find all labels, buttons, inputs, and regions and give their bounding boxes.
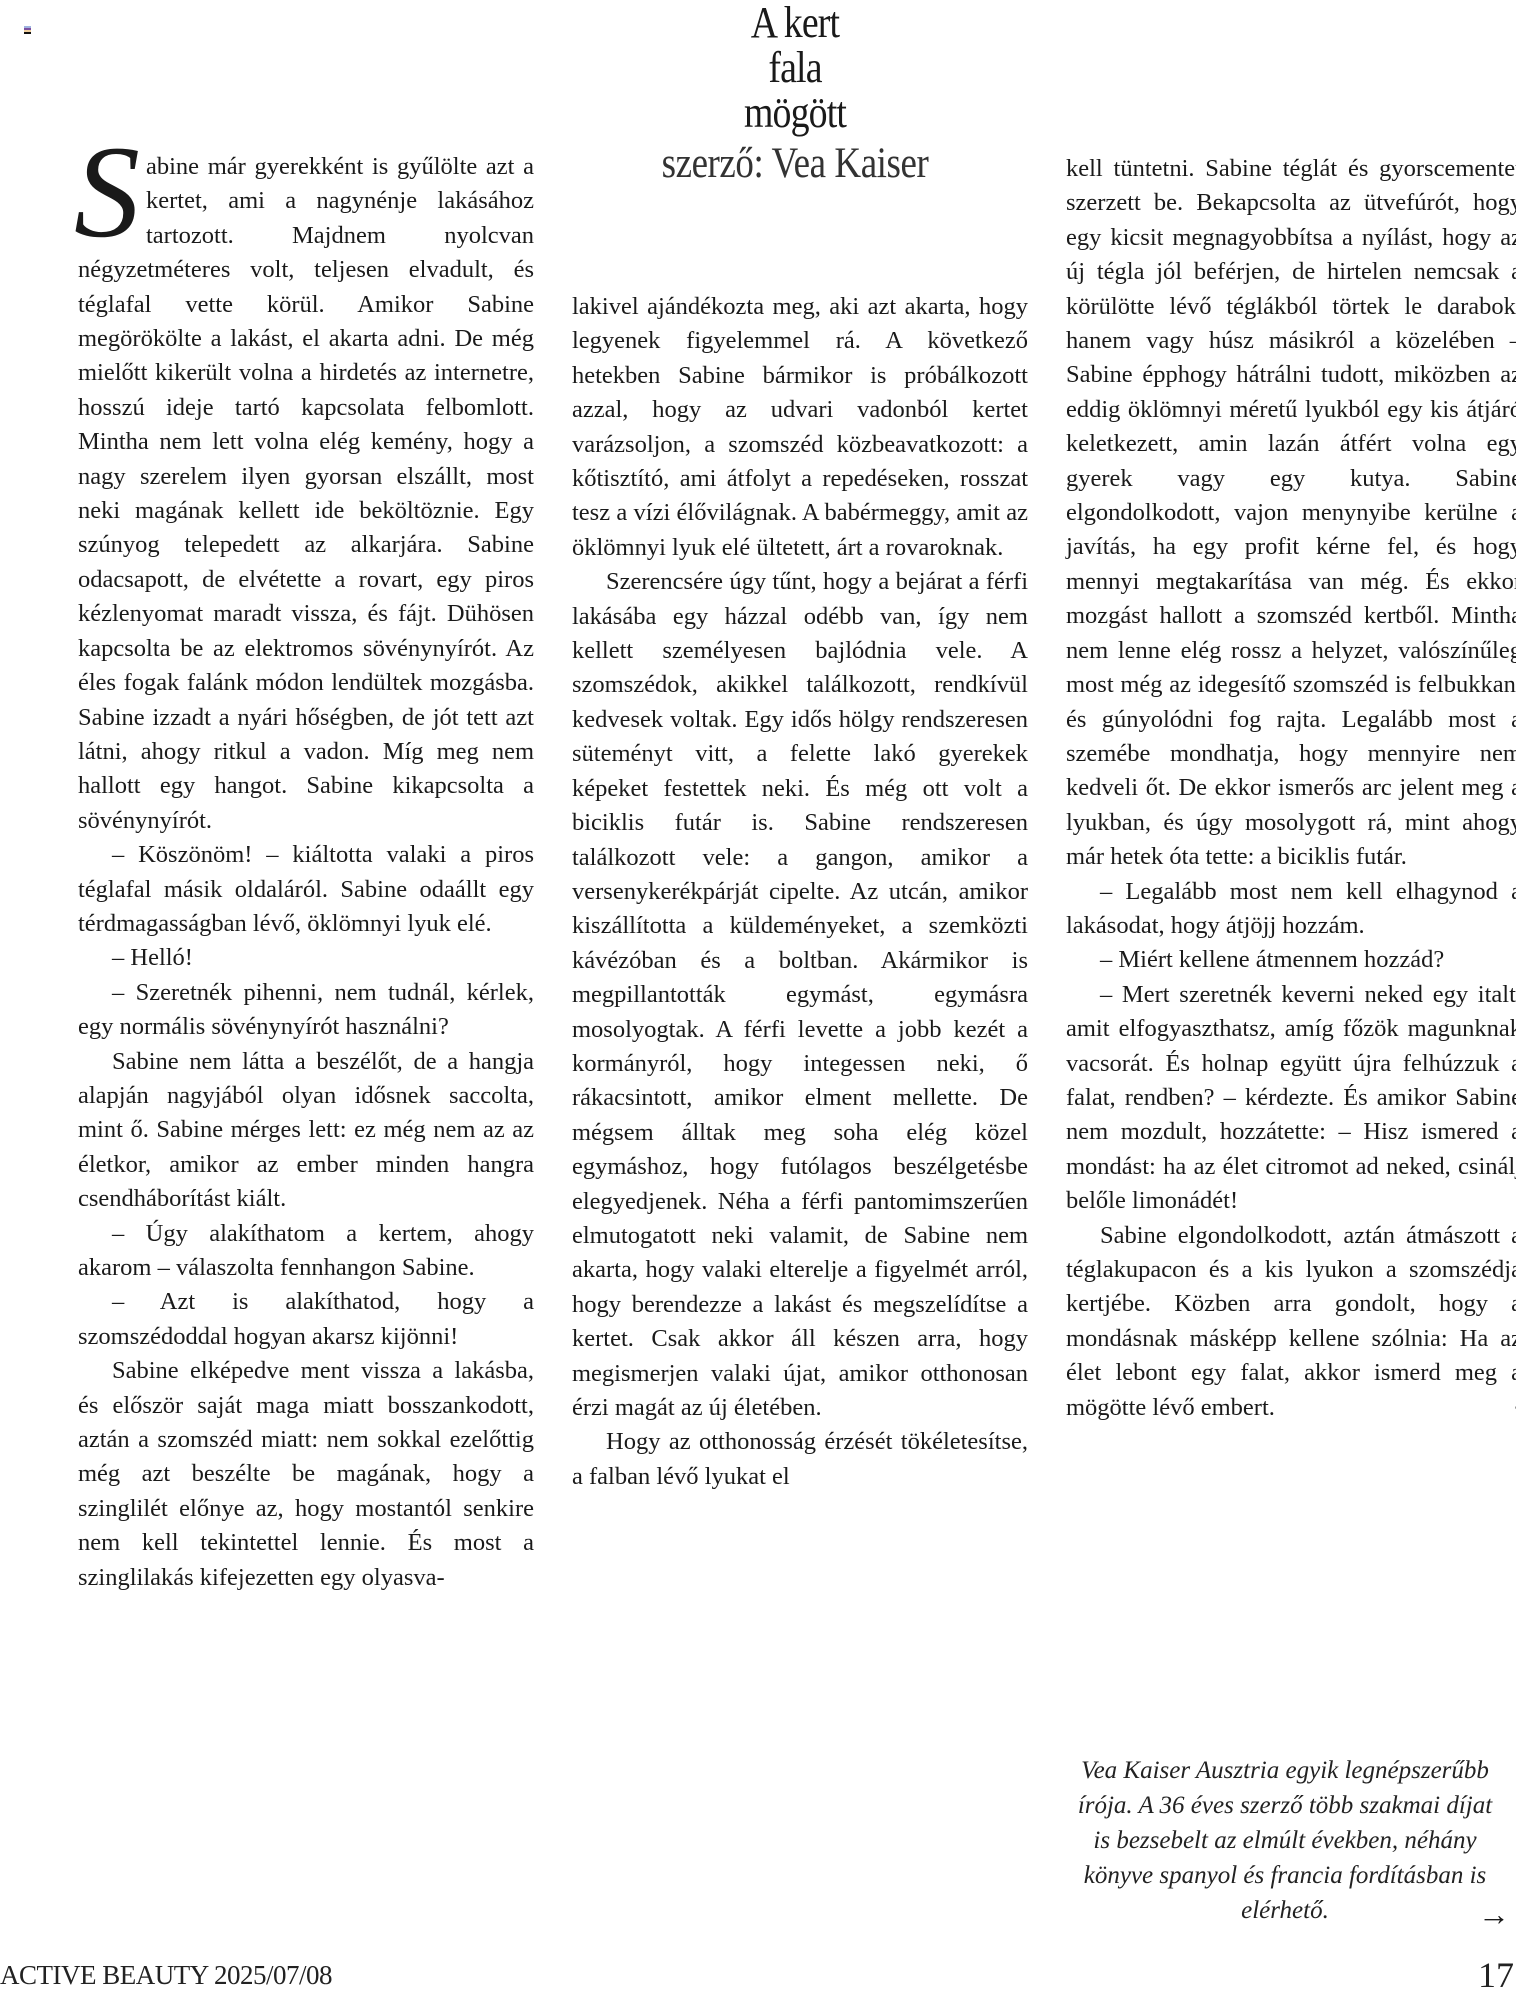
text-column-right: kell tüntetni. Sabine téglát és gyorscem… [1066, 152, 1516, 1425]
paragraph: – Úgy alakíthatom a kertem, ahogy akarom… [78, 1217, 534, 1286]
paragraph: Sabine elgondolkodott, aztán átmászott a… [1066, 1219, 1516, 1425]
page-number: 17 [1478, 1954, 1514, 1996]
article-title: A kert fala mögött [593, 0, 997, 135]
publication-footer: ACTIVE BEAUTY 2025/07/08 [0, 1960, 332, 1991]
paragraph: – Legalább most nem kell elhagynod a lak… [1066, 875, 1516, 944]
title-line: fala [593, 45, 997, 90]
paragraph: Sabine már gyerekként is gyűlölte azt a … [78, 150, 534, 838]
paragraph: Sabine nem látta a beszélőt, de a hangja… [78, 1045, 534, 1217]
end-of-article-bullet-icon: • [1480, 1391, 1516, 1425]
author-byline: szerző: Vea Kaiser [593, 139, 997, 188]
paragraph: – Szeretnék pihenni, nem tudnál, kérlek,… [78, 976, 534, 1045]
paragraph: lakivel ajándékozta meg, aki azt akarta,… [572, 290, 1028, 565]
paragraph: – Miért kellene átmennem hozzád? [1066, 943, 1516, 977]
paragraph: Hogy az otthonosság érzését tökéletesíts… [572, 1425, 1028, 1494]
paragraph: Sabine elképedve ment vissza a lakásba, … [78, 1354, 534, 1595]
author-bio: Vea Kaiser Ausztria egyik legnépszerűbb … [1075, 1753, 1495, 1928]
drop-cap: S [74, 142, 140, 246]
paragraph-text: Sabine elgondolkodott, aztán átmászott a… [1066, 1222, 1516, 1421]
paragraph: – Köszönöm! – kiáltotta valaki a piros t… [78, 838, 534, 941]
paragraph: – Azt is alakíthatod, hogy a szomszédodd… [78, 1285, 534, 1354]
corner-color-mark-icon [24, 26, 31, 34]
paragraph: kell tüntetni. Sabine téglát és gyorscem… [1066, 152, 1516, 875]
paragraph: – Mert szeretnék keverni neked egy italt… [1066, 978, 1516, 1219]
article-header: A kert fala mögött szerző: Vea Kaiser [560, 0, 1030, 188]
text-column-middle: lakivel ajándékozta meg, aki azt akarta,… [572, 290, 1028, 1494]
title-line: A kert [593, 0, 997, 45]
text-column-left: Sabine már gyerekként is gyűlölte azt a … [78, 150, 534, 1595]
color-swatch [24, 32, 31, 34]
paragraph: – Helló! [78, 941, 534, 975]
paragraph: Szerencsére úgy tűnt, hogy a bejárat a f… [572, 565, 1028, 1425]
continue-arrow-icon: → [1478, 1898, 1510, 1930]
paragraph-text: abine már gyerekként is gyűlölte azt a k… [78, 153, 534, 834]
title-line: mögött [593, 90, 997, 135]
